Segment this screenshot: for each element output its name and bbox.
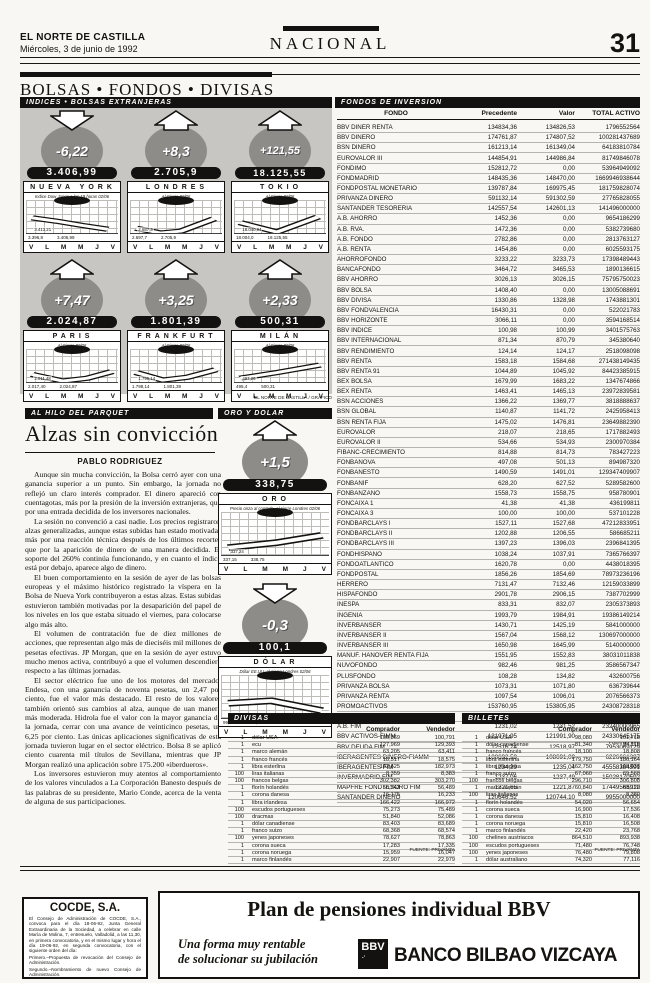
fx-buy-rate: 78,627	[345, 835, 400, 841]
billetes-row: 1libra irlandesa162,750168,838	[462, 764, 640, 771]
day-label: J	[303, 566, 307, 573]
chart-axis-labels: 1.798,141.801,39	[128, 383, 224, 390]
fx-units: 1	[228, 764, 244, 770]
fx-sell-rate: 16,233	[400, 792, 455, 798]
indices-row-2: +7,472.024,87PARISAl Cierre 02/062.011,4…	[20, 259, 332, 402]
fondos-cell: INVERBANSER III	[337, 642, 455, 649]
fx-currency-name: marco finlandés	[484, 828, 544, 834]
headline-rule	[25, 452, 215, 453]
fondos-cell: 1097,54	[455, 693, 517, 700]
down-arrow-icon	[253, 583, 297, 603]
divisas-row: 1franco suizo68,36868,574	[228, 828, 455, 835]
fx-sell-rate: 129,393	[400, 742, 455, 748]
fondos-cell: 2425958413	[575, 408, 640, 415]
fondos-cell: INESPA	[337, 601, 455, 608]
fondos-cell: 894987320	[575, 459, 640, 466]
chart-title: TOKIO	[232, 182, 328, 193]
fondos-cell: 7387702999	[575, 591, 640, 598]
fondos-col-precedente: Precedente	[455, 110, 517, 117]
fondos-cell: 1454,86	[455, 246, 517, 253]
fx-units: 100	[228, 814, 244, 820]
article-body: Aunque sin mucha convicción, la Bolsa ce…	[25, 470, 221, 844]
fondos-header-bar: FONDOS DE INVERSION	[335, 97, 640, 108]
fondos-cell: 1890136615	[575, 266, 640, 273]
fondos-cell: 100,00	[517, 510, 575, 517]
axis-low-label: 337,15	[223, 557, 237, 562]
fondos-cell: 1717882493	[575, 429, 640, 436]
bbv-ad: Plan de pensiones individual BBV Una for…	[158, 891, 640, 979]
divisas-row: 1franco francés18,51718,575	[228, 757, 455, 764]
fx-currency-name: dólar canadiense	[250, 821, 345, 827]
fondos-cell: FONDBARCLAYS I	[337, 520, 455, 527]
billetes-row: 1franco francés18,10018,808	[462, 749, 640, 756]
fondos-cell: 53964949092	[575, 165, 640, 172]
down-arrow-icon	[50, 110, 94, 130]
divisas-row: 100francos belgas302,382303,270	[228, 778, 455, 785]
fondos-cell: 134834,36	[455, 124, 517, 131]
fondos-row: NUVOFONDO982,46981,253586567347	[337, 661, 640, 671]
fondos-cell: 100,00	[455, 510, 517, 517]
fondos-cell: 139787,84	[455, 185, 517, 192]
fx-buy-rate: 8,080	[544, 792, 592, 798]
article-paragraph: La sesión no convenció a casi nadie. Los…	[25, 517, 221, 573]
fondos-row: FONDBARCLAYS III1397,231396,032396841395	[337, 539, 640, 549]
fx-currency-name: dólar USA	[250, 735, 345, 741]
fondos-cell: 3465,53	[517, 266, 575, 273]
fx-currency-name: liras italianas	[250, 771, 345, 777]
fondos-cell: BANCAFONDO	[337, 266, 455, 273]
fx-units: 100	[228, 835, 244, 841]
fondos-cell: FONDHISPANO	[337, 551, 455, 558]
article-paragraph: El volumen de contratación fue de diez m…	[25, 629, 221, 676]
divisas-row: 1libra esterlina182,625182,973	[228, 764, 455, 771]
axis-close-label: 3.406,99	[57, 235, 75, 240]
fx-units: 1	[462, 749, 478, 755]
fx-buy-rate: 68,368	[345, 828, 400, 834]
fondos-cell: 153760,95	[455, 703, 517, 710]
fondos-cell: 7131,47	[455, 581, 517, 588]
fx-units: 100	[462, 792, 478, 798]
fx-currency-name: escudos portugueses	[250, 807, 345, 813]
fondos-row: EUROVALOR218,07218,651717882493	[337, 428, 640, 438]
fx-currency-name: marco alemán	[484, 785, 544, 791]
fondos-cell: 41,38	[455, 500, 517, 507]
fx-units: 1	[228, 749, 244, 755]
indices-header-label: INDICES • BOLSAS EXTRANJERAS	[26, 99, 172, 106]
up-arrow-icon	[253, 420, 297, 440]
fx-currency-name: corona sueca	[484, 807, 544, 813]
fondos-row: BBV FONDVALENCIA16430,310,00522021783	[337, 306, 640, 316]
fondos-cell: 124,17	[517, 348, 575, 355]
fx-units: 1	[228, 785, 244, 791]
billetes-source: FUENTE: PRIVANZA	[490, 848, 640, 853]
fondos-cell: 3233,73	[517, 256, 575, 263]
fx-currency-name: francos belgas	[250, 778, 345, 784]
fondos-cell: 1476,81	[517, 419, 575, 426]
fondos-cell: BBV DIVISA	[337, 297, 455, 304]
index-value: 1.801,39	[131, 316, 221, 328]
fondos-cell: A.B. RENTA	[337, 246, 455, 253]
fondos-cell: 16430,31	[455, 307, 517, 314]
fondos-cell: 814,88	[455, 449, 517, 456]
fondos-cell: 814,73	[517, 449, 575, 456]
nacional-top-bar	[283, 26, 379, 31]
day-label: M	[61, 244, 66, 251]
fx-units: 1	[228, 843, 244, 849]
billetes-row: 1dólar USA98,080101,718	[462, 735, 640, 742]
page-number: 31	[588, 28, 640, 59]
day-label: M	[182, 244, 187, 251]
chart-axis-labels: 2.697,72.705,9	[128, 234, 224, 241]
sparkline-chart: 3.413,21	[26, 200, 118, 234]
billetes-row: 1corona sueca16,90017,536	[462, 807, 640, 814]
fx-buy-rate: 60,840	[544, 785, 592, 791]
fondos-cell: 345380640	[575, 337, 640, 344]
day-label: J	[303, 244, 307, 251]
billetes-header-bar: BILLETES	[462, 713, 640, 724]
fondos-cell: 100281437689	[575, 134, 640, 141]
fx-units: 1	[462, 857, 478, 863]
fondos-cell: 130697000000	[575, 632, 640, 639]
graphic-credit: EL NORTE DE CASTILLA / GRAFICO	[130, 395, 332, 400]
fx-units: 1	[462, 807, 478, 813]
day-label: V	[111, 244, 115, 251]
fondos-cell: INGENIA	[337, 612, 455, 619]
day-label: V	[111, 393, 115, 400]
fondos-cell: SANTANDER TESORERIA	[337, 205, 455, 212]
market-card: +2,33500,31MILÁNAl Cierre 02/06497,26495…	[231, 259, 329, 402]
day-label: L	[243, 566, 247, 573]
fondos-cell: 27765828055	[575, 195, 640, 202]
day-label: M	[283, 566, 288, 573]
fx-sell-rate: 168,838	[592, 764, 640, 770]
divisas-row: 1dólar USA100,369100,791	[228, 735, 455, 742]
fx-buy-rate: 56,243	[345, 785, 400, 791]
fx-sell-rate: 75,489	[400, 807, 455, 813]
fx-currency-name: franco suizo	[484, 771, 544, 777]
fondos-cell: 1568,12	[517, 632, 575, 639]
fondos-cell: FONBANESTO	[337, 469, 455, 476]
fondos-cell: 0,00	[517, 236, 575, 243]
header-rule-1	[20, 57, 640, 58]
chart-axis-labels: 337,15338,75	[219, 556, 331, 563]
day-label: L	[45, 393, 49, 400]
fondos-cell: 23649882390	[575, 419, 640, 426]
fx-sell-rate: 16,508	[592, 821, 640, 827]
fx-units: 100	[462, 835, 478, 841]
fx-sell-rate: 69,568	[592, 771, 640, 777]
billetes-row: 1corona danesa15,81016,408	[462, 814, 640, 821]
fondos-cell: 1430,71	[455, 622, 517, 629]
up-arrow-icon	[154, 259, 198, 279]
fondos-row: FONBANESTO1490,591491,01129347409907	[337, 468, 640, 478]
fondos-row: INGENIA1993,791984,9119386149214	[337, 611, 640, 621]
fondos-cell: 1584,68	[517, 358, 575, 365]
fx-currency-name: franco francés	[250, 757, 345, 763]
day-label: M	[262, 566, 267, 573]
fx-buy-rate: 179,750	[544, 757, 592, 763]
fondos-column-headers: FONDO Precedente Valor TOTAL ACTIVO	[337, 110, 640, 120]
fondos-row: A.B. FONDO2782,860,002813763127	[337, 235, 640, 245]
fondos-cell: 4438018395	[575, 561, 640, 568]
fondos-cell: BBV BOLSA	[337, 287, 455, 294]
fx-currency-name: dólar USA	[484, 735, 544, 741]
divisas-header-bar: DIVISAS	[228, 713, 455, 724]
fondos-cell: 174761,87	[455, 134, 517, 141]
fx-units: 1	[462, 742, 478, 748]
fx-sell-rate: 303,270	[400, 778, 455, 784]
fx-units: 1	[228, 821, 244, 827]
fx-sell-rate: 84,118	[592, 742, 640, 748]
fondos-cell: FONCAIXA 1	[337, 500, 455, 507]
mini-chart: MILÁNAl Cierre 02/06497,26495,4500,31VLM…	[231, 330, 329, 402]
masthead: EL NORTE DE CASTILLA	[20, 32, 145, 43]
fondos-cell: 5140000000	[575, 642, 640, 649]
fondos-row: PROMOACTIVOS153760,95153805,952430872831…	[337, 702, 640, 712]
market-card: +121,5518.125,55TOKIOAl Cierre 02/0618.0…	[231, 110, 329, 253]
fondos-cell: 1452,36	[455, 215, 517, 222]
index-value: 3.406,99	[27, 167, 117, 179]
fondos-table: BBV DINER RENTA134834,36134826,531796552…	[337, 123, 640, 803]
fondos-cell: 2396841395	[575, 540, 640, 547]
fondos-row: EUROVALOR III144854,91144986,84817498460…	[337, 153, 640, 163]
fx-sell-rate: 306,808	[592, 778, 640, 784]
cocde-agenda-item: Primero.–Propuesta de revocación del Con…	[29, 955, 141, 966]
fondos-cell: 134,82	[517, 673, 575, 680]
fx-currency-name: libra esterlina	[250, 764, 345, 770]
fx-units: 100	[228, 778, 244, 784]
shadow-blob	[257, 508, 293, 517]
chart-title: DÓLAR	[219, 657, 331, 668]
fondos-cell: 1045,92	[517, 368, 575, 375]
fondos-cell: 1096,01	[517, 693, 575, 700]
shadow-blob	[262, 196, 298, 205]
fx-sell-rate: 893,938	[592, 835, 640, 841]
fondos-cell: FONDIMO	[337, 165, 455, 172]
fondos-cell: 3026,15	[517, 276, 575, 283]
fx-buy-rate: 302,382	[345, 778, 400, 784]
fx-units: 1	[462, 785, 478, 791]
fondos-cell: 1425,19	[517, 622, 575, 629]
mini-chart: PARISAl Cierre 02/062.011,482.017,402.02…	[23, 330, 121, 402]
fondos-cell: 84423385915	[575, 368, 640, 375]
fx-buy-rate: 16,900	[544, 807, 592, 813]
fx-buy-rate: 166,422	[345, 800, 400, 806]
fx-buy-rate: 127,969	[345, 742, 400, 748]
fondos-cell: 1140,87	[455, 408, 517, 415]
fondos-row: BSN RENTA FIJA1475,021476,8123649882390	[337, 418, 640, 428]
billetes-row: 1libra esterlina179,750186,164	[462, 757, 640, 764]
fondos-cell: 169975,45	[517, 185, 575, 192]
fondos-cell: 152812,72	[455, 165, 517, 172]
fondos-row: FONBANIF628,20627,525289582600	[337, 478, 640, 488]
billetes-column-headers: Comprador Vendedor	[462, 726, 640, 733]
day-label: M	[269, 244, 274, 251]
fondos-cell: 1397,23	[455, 540, 517, 547]
divisas-row: 1ecu127,969129,393	[228, 742, 455, 749]
fondos-cell: 0,00	[517, 246, 575, 253]
divisas-row: 100dracmas51,84052,086	[228, 814, 455, 821]
fx-currency-name: ecu	[250, 742, 345, 748]
fondos-cell: 1645,99	[517, 642, 575, 649]
billetes-row: 100chelines austriacos864,510893,938	[462, 835, 640, 842]
shadow-blob	[257, 671, 293, 680]
fx-sell-rate: 77,116	[592, 857, 640, 863]
fondos-cell: 19386149214	[575, 612, 640, 619]
index-value: 2.024,87	[27, 316, 117, 328]
fondos-cell: A.B. FONDO	[337, 236, 455, 243]
divisas-row: 100yenes japoneses78,62778,863	[228, 835, 455, 842]
fx-currency-name: corona danesa	[250, 792, 345, 798]
axis-close-label: 500,31	[261, 384, 275, 389]
day-label: V	[322, 566, 326, 573]
fondos-cell: 3464,72	[455, 266, 517, 273]
fondos-row: BBV DIVISA1330,861328,981743881301	[337, 296, 640, 306]
axis-low-label: 2.017,40	[28, 384, 46, 389]
fx-buy-rate: 182,625	[345, 764, 400, 770]
day-labels: VLMMJV	[24, 241, 120, 252]
fondos-cell: 0,00	[517, 215, 575, 222]
fondos-cell: BBV INTERNACIONAL	[337, 337, 455, 344]
fondos-cell: 1369,77	[517, 398, 575, 405]
fondos-cell: 1527,11	[455, 520, 517, 527]
sparkline-chart: 337,24	[221, 512, 329, 556]
fx-units: 1	[228, 828, 244, 834]
fondos-cell: 870,79	[517, 337, 575, 344]
bbv-ad-headline: Plan de pensiones individual BBV	[160, 897, 638, 922]
index-value: 338,75	[223, 479, 328, 491]
fondos-cell: FONBANIF	[337, 480, 455, 487]
bbv-ad-subline1: Una forma muy rentable	[178, 937, 305, 951]
fondos-cell: 1993,79	[455, 612, 517, 619]
fondos-row: INVERBANSER II1567,041568,12130697000000	[337, 631, 640, 641]
fx-units: 100	[228, 771, 244, 777]
up-arrow-icon	[258, 259, 302, 279]
divisas-row: 100liras italianas8,3598,383	[228, 771, 455, 778]
fx-currency-name: franco suizo	[250, 828, 345, 834]
fondos-col-fondo: FONDO	[337, 110, 455, 117]
fondos-cell: 0,00	[517, 287, 575, 294]
day-label: L	[149, 244, 153, 251]
day-label: V	[133, 244, 137, 251]
footer-rule-1	[20, 866, 640, 867]
fondos-cell: 3818888637	[575, 398, 640, 405]
fx-sell-rate: 17,536	[592, 807, 640, 813]
fx-units: 1	[462, 814, 478, 820]
day-label: V	[224, 566, 228, 573]
day-label: V	[29, 244, 33, 251]
fondos-cell: 218,65	[517, 429, 575, 436]
fondos-cell: 100,98	[455, 327, 517, 334]
fondos-cell: BBV AHORRO	[337, 276, 455, 283]
fondos-cell: AHORROFONDO	[337, 256, 455, 263]
article-paragraph: Los inversores estuvieron muy atentos al…	[25, 769, 221, 806]
market-card: +7,472.024,87PARISAl Cierre 02/062.011,4…	[23, 259, 121, 402]
fx-sell-rate: 18,808	[592, 749, 640, 755]
fondos-cell: 636739644	[575, 683, 640, 690]
fondos-cell: INVERBANSER	[337, 622, 455, 629]
fx-buy-rate: 8,359	[345, 771, 400, 777]
axis-close-label: 2.705,9	[161, 235, 176, 240]
fondos-cell: 833,31	[455, 601, 517, 608]
fondos-cell: 2813763127	[575, 236, 640, 243]
fx-sell-rate: 23,768	[592, 828, 640, 834]
fondos-row: BANCAFONDO3464,723465,531890136615	[337, 265, 640, 275]
fondos-row: BBV INTERNACIONAL871,34870,79345380640	[337, 336, 640, 346]
fondos-cell: 142557,54	[455, 205, 517, 212]
fondos-row: A.B. RENTA1454,860,006025593175	[337, 245, 640, 255]
fondos-cell: 174807,52	[517, 134, 575, 141]
fondos-cell: NUVOFONDO	[337, 662, 455, 669]
article-paragraph: El buen comportamiento en la sesión de a…	[25, 573, 221, 629]
divisas-row: 1marco finlandés22,90722,979	[228, 857, 455, 864]
fondos-cell: 591302,59	[517, 195, 575, 202]
chart-title: LONDRES	[128, 182, 224, 193]
sparkline-chart: 1.796,14	[130, 349, 222, 383]
fx-units: 1	[462, 821, 478, 827]
divisas-col-comprador: Comprador	[345, 726, 400, 733]
fondos-cell: 432600756	[575, 673, 640, 680]
fondos-cell: 23972839581	[575, 388, 640, 395]
cocde-ad-title: COCDE, S.A.	[24, 902, 146, 914]
fx-sell-rate: 78,863	[400, 835, 455, 841]
article-headline: Alzas sin convicción	[25, 421, 221, 447]
fondos-cell: 1743881301	[575, 297, 640, 304]
fondos-cell: 108,28	[455, 673, 517, 680]
fondos-cell: 1490,59	[455, 469, 517, 476]
fondos-cell: 3026,13	[455, 276, 517, 283]
indices-header-bar: INDICES • BOLSAS EXTRANJERAS	[20, 97, 332, 108]
fondos-cell: 3586567347	[575, 662, 640, 669]
fx-currency-name: marco finlandés	[250, 857, 345, 863]
axis-close-label: 1.801,39	[164, 384, 182, 389]
fondos-row: FONBANZANO1558,731558,75958780901	[337, 489, 640, 499]
fondos-cell: FONDMADRID	[337, 175, 455, 182]
fx-buy-rate: 864,510	[544, 835, 592, 841]
fx-buy-rate: 83,403	[345, 821, 400, 827]
fx-units: 1	[462, 764, 478, 770]
article-byline: PABLO RODRIGUEZ	[25, 457, 215, 466]
fondos-cell: 1366,22	[455, 398, 517, 405]
fondos-cell: 1328,98	[517, 297, 575, 304]
fondos-cell: 47212833951	[575, 520, 640, 527]
up-arrow-icon	[258, 110, 302, 130]
fondos-cell: 522021783	[575, 307, 640, 314]
fondos-cell: 0,00	[517, 317, 575, 324]
billetes-row: 1franco suizo67,06069,568	[462, 771, 640, 778]
chart-mid-label: 337,24	[230, 549, 245, 554]
index-value: 18.125,55	[235, 167, 325, 179]
market-card: +8,32.705,9LONDRESAl Cierre 02/062.687,3…	[127, 110, 225, 253]
fondos-cell: 7365766397	[575, 551, 640, 558]
fx-buy-rate: 22,907	[345, 857, 400, 863]
fx-sell-rate: 56,654	[592, 800, 640, 806]
fondos-cell: PROMOACTIVOS	[337, 703, 455, 710]
fx-buy-rate: 18,100	[544, 749, 592, 755]
fondos-cell: 501,13	[517, 459, 575, 466]
fondos-row: MANUF. HANOVER RENTA FIJA1551,951552,833…	[337, 651, 640, 661]
fondos-cell: 142601,13	[517, 205, 575, 212]
fx-sell-rate: 83,689	[400, 821, 455, 827]
fondos-row: BSN GLOBAL1140,871141,722425958413	[337, 407, 640, 417]
fondos-cell: 148435,36	[455, 175, 517, 182]
fondos-cell: 1854,69	[517, 571, 575, 578]
bbv-logo: BBV.·	[358, 939, 388, 969]
fx-sell-rate: 16,408	[592, 814, 640, 820]
fondos-row: BSN ACCIONES1366,221369,773818888637	[337, 397, 640, 407]
fx-currency-name: dólar canadiense	[484, 742, 544, 748]
fondos-cell: 144986,84	[517, 155, 575, 162]
